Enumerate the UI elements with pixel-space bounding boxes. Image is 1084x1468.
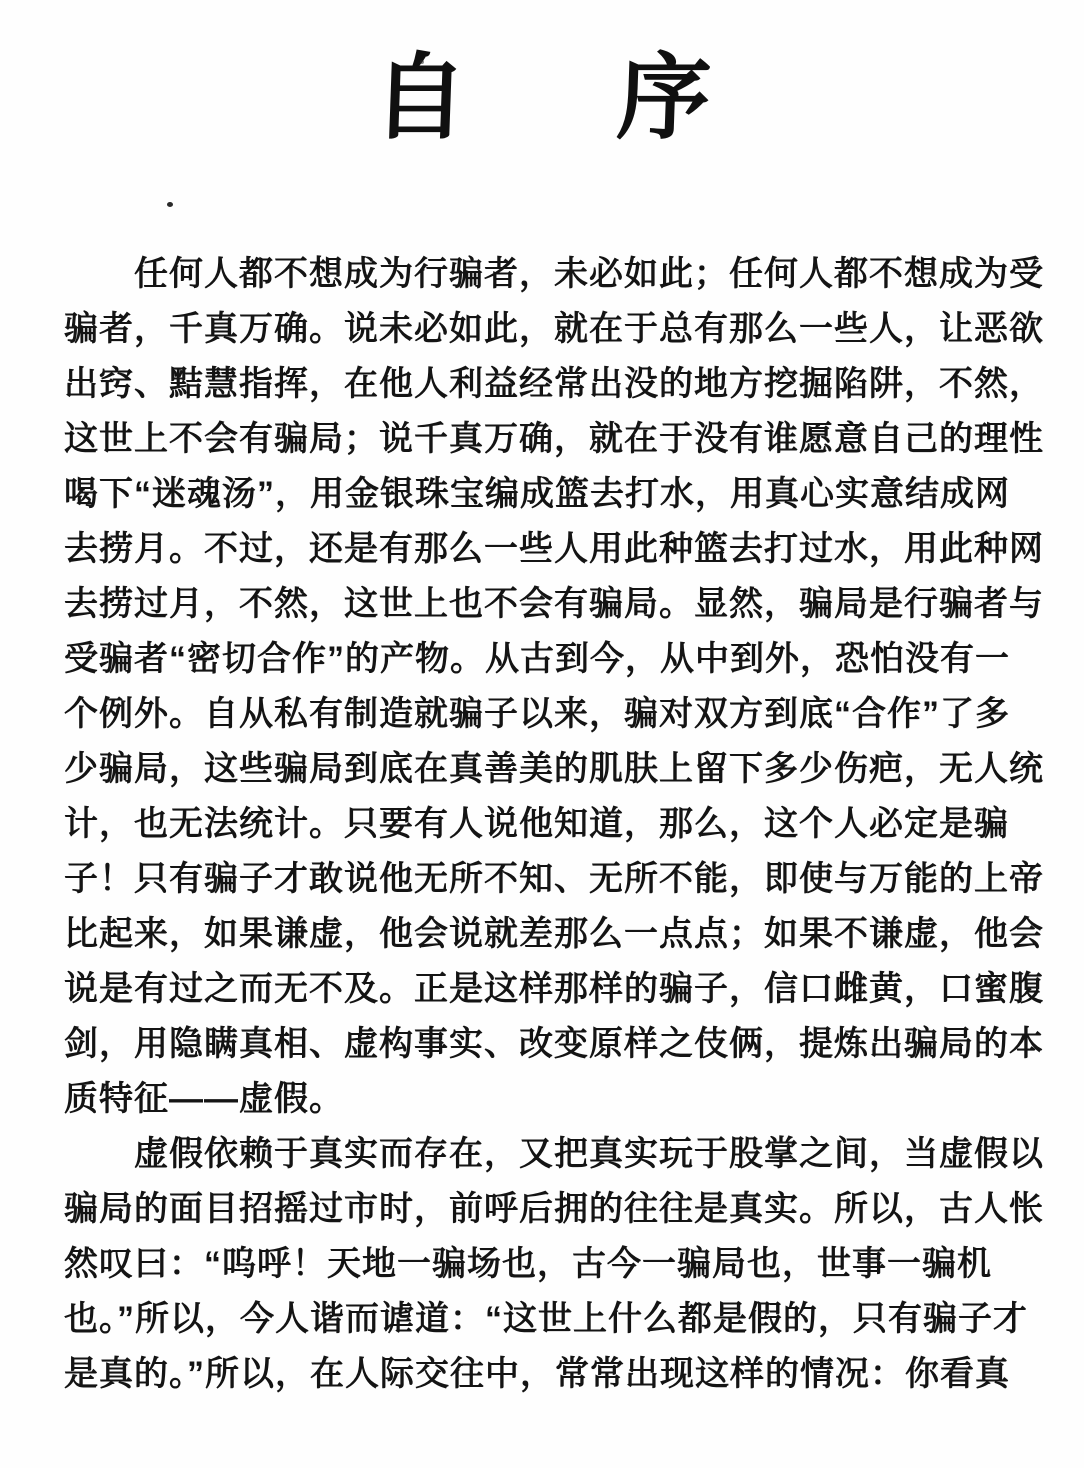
title-char-xu: 序 xyxy=(615,52,712,146)
text-line: 任何人都不想成为行骗者，未必如此；任何人都不想成为受 xyxy=(64,247,1042,302)
text-line: 喝下“迷魂汤”，用金银珠宝编成篮去打水，用真心实意结成网 xyxy=(64,467,1042,522)
ink-speck xyxy=(167,202,173,207)
text-line: 骗局的面目招摇过市时，前呼后拥的往往是真实。所以，古人怅 xyxy=(64,1182,1042,1237)
preface-body: 任何人都不想成为行骗者，未必如此；任何人都不想成为受骗者，千真万确。说未必如此，… xyxy=(64,247,1042,1402)
text-line: 也。”所以，今人谐而谑道：“这世上什么都是假的，只有骗子才 xyxy=(64,1292,1042,1347)
title-char-zi: 自 xyxy=(371,52,468,146)
ink-speck xyxy=(420,60,424,64)
text-line: 去捞过月，不然，这世上也不会有骗局。显然，骗局是行骗者与 xyxy=(64,577,1042,632)
text-line: 骗者，千真万确。说未必如此，就在于总有那么一些人，让恶欲 xyxy=(64,302,1042,357)
text-line: 去捞月。不过，还是有那么一些人用此种篮去打过水，用此种网 xyxy=(64,522,1042,577)
text-line: 这世上不会有骗局；说千真万确，就在于没有谁愿意自己的理性 xyxy=(64,412,1042,467)
text-line: 说是有过之而无不及。正是这样那样的骗子，信口雌黄，口蜜腹 xyxy=(64,962,1042,1017)
text-line: 剑，用隐瞒真相、虚构事实、改变原样之伎俩，提炼出骗局的本 xyxy=(64,1017,1042,1072)
text-line: 比起来，如果谦虚，他会说就差那么一点点；如果不谦虚，他会 xyxy=(64,907,1042,962)
text-line: 然叹曰：“呜呼！天地一骗场也，古今一骗局也，世事一骗机 xyxy=(64,1237,1042,1292)
text-line: 子！只有骗子才敢说他无所不知、无所不能，即使与万能的上帝 xyxy=(64,852,1042,907)
text-line: 少骗局，这些骗局到底在真善美的肌肤上留下多少伤疤，无人统 xyxy=(64,742,1042,797)
text-line: 虚假依赖于真实而存在，又把真实玩于股掌之间，当虚假以 xyxy=(64,1127,1042,1182)
page-title: 自 序 xyxy=(0,52,1084,146)
text-line: 受骗者“密切合作”的产物。从古到今，从中到外，恐怕没有一 xyxy=(64,632,1042,687)
text-line: 计，也无法统计。只要有人说他知道，那么，这个人必定是骗 xyxy=(64,797,1042,852)
text-line: 质特征——虚假。 xyxy=(64,1072,1042,1127)
text-line: 出窍、黠慧指挥，在他人利益经常出没的地方挖掘陷阱，不然， xyxy=(64,357,1042,412)
book-page: 自 序 任何人都不想成为行骗者，未必如此；任何人都不想成为受骗者，千真万确。说未… xyxy=(0,0,1084,1468)
text-line: 是真的。”所以，在人际交往中，常常出现这样的情况：你看真 xyxy=(64,1347,1042,1402)
text-line: 个例外。自从私有制造就骗子以来，骗对双方到底“合作”了多 xyxy=(64,687,1042,742)
